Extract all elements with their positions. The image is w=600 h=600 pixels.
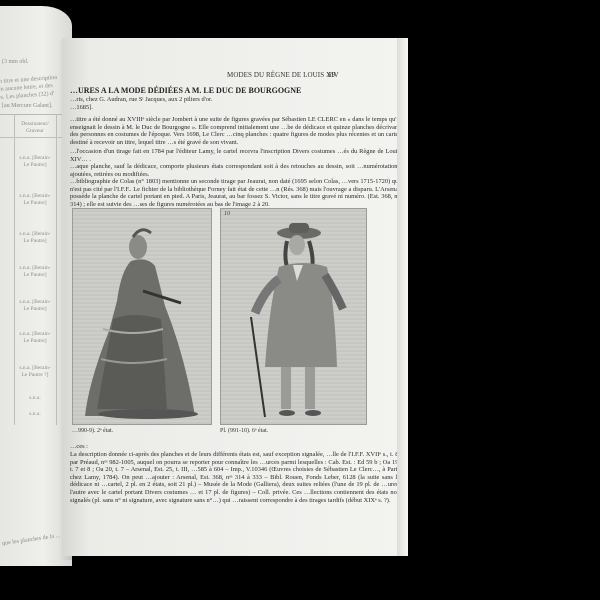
table-cell: s.n.a. (16, 395, 54, 402)
sources-text: La description donnée ci-après des planc… (70, 451, 400, 504)
left-page-line: [au Mercure Galant]. (2, 102, 52, 110)
woman-figure-illustration (73, 209, 211, 424)
paragraph: …bibliographie de Colas (n° 1803) mentio… (70, 178, 400, 208)
section-title: …URES A LA MODE DÉDIÉES A M. LE DUC DE B… (70, 86, 301, 95)
table-cell: s.n.a. [Berain- Le Pautre] (16, 299, 54, 312)
table-cell: s.n.a. (16, 411, 54, 418)
table-cell: s.n.a. [Berain- Le Pautre] (16, 231, 54, 244)
imprint-line: …ris, chez G. Audran, rue Sᵗ Jacques, au… (70, 96, 400, 104)
left-page-bottom-line: que les planches de la ... (2, 532, 61, 548)
plate-image-woman (72, 208, 212, 425)
table-cell: s.n.a. [Berain- Le Pautre] (16, 155, 54, 168)
gentleman-figure-illustration (221, 209, 366, 424)
table-header: Dessinateur/ Graveur (16, 121, 54, 134)
page-edge (397, 38, 408, 556)
table-cell: s.n.a. [Berain- Le Pautre] (16, 193, 54, 206)
table-cell: s.n.a. [Berain- Le Pautre] (16, 265, 54, 278)
imprint-line: …1685]. (70, 104, 400, 112)
plate-caption: …990-9). 2ᵉ état. (72, 428, 113, 434)
table-cell: s.n.a. [Berain- Le Pautre] (16, 331, 54, 344)
right-page: MODES DU RÈGNE DE LOUIS XIV 89 …URES A L… (62, 38, 408, 556)
sources-label: …ces : (70, 443, 400, 451)
plate-image-gentleman: 10 (220, 208, 367, 425)
paragraph: …l'occasion d'un tirage fait en 1784 par… (70, 148, 400, 163)
page-number: 89 (328, 71, 335, 79)
left-page-top-line: (3 mm obl. (2, 58, 29, 66)
table-cell: s.n.a. [Berain- Le Pautre ?] (16, 365, 54, 378)
running-head: MODES DU RÈGNE DE LOUIS XIV (227, 71, 339, 79)
paragraph: …titre a été donné au XVIIIᵉ siècle par … (70, 116, 400, 146)
paragraph: …aque planche, sauf la dédicace, comport… (70, 163, 400, 178)
plate-caption: Pl. (991-10). 6ᵉ état. (220, 428, 268, 434)
